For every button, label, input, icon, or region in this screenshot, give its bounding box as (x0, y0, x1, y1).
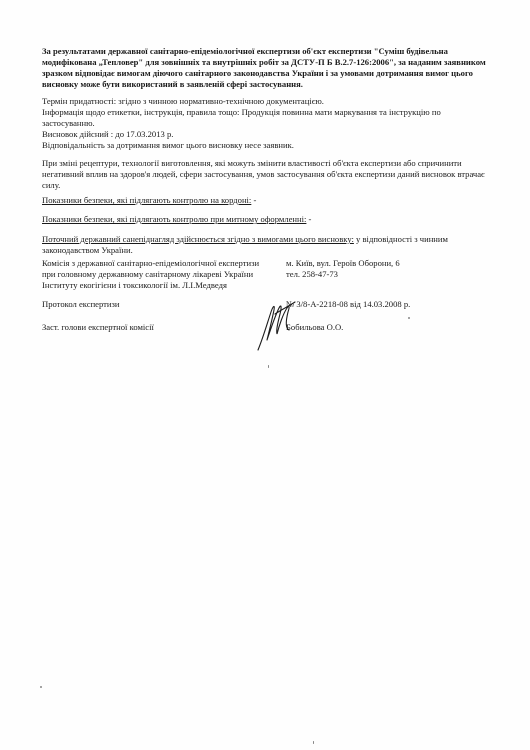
commission-phone: тел. 258-47-73 (286, 269, 496, 280)
conclusion-text: За результатами державної санітарно-епід… (42, 46, 488, 90)
border-control-line: Показники безпеки, які підлягають контро… (42, 195, 488, 206)
customs-control-line: Показники безпеки, які підлягають контро… (42, 214, 488, 225)
scan-speck (268, 365, 269, 368)
label-info-text: Інформація щодо етикетки, інструкція, пр… (42, 107, 488, 129)
commission-line-2: при головному державному санітарному лік… (42, 269, 272, 280)
scan-speck (408, 317, 410, 319)
customs-control-label: Показники безпеки, які підлягають контро… (42, 214, 306, 224)
change-clause-text: При зміні рецептури, технології виготовл… (42, 158, 488, 191)
scan-speck (40, 686, 42, 688)
signatory-title: Заст. голови експертної комісії (42, 322, 272, 333)
details-block: Термін придатності: згідно з чинною норм… (42, 96, 488, 151)
border-control-value: - (251, 195, 256, 205)
signatory-name: Бобильова О.О. (286, 322, 496, 333)
change-clause-paragraph: При зміні рецептури, технології виготовл… (42, 158, 488, 191)
document-page: За результатами державної санітарно-епід… (0, 0, 530, 750)
protocol-label: Протокол експертизи (42, 299, 272, 310)
protocol-number: № 3/8-А-2218-08 від 14.03.2008 р. (286, 299, 496, 310)
scan-speck (313, 741, 314, 744)
supervision-paragraph: Поточний державний санепіднагляд здійсню… (42, 234, 488, 256)
supervision-label: Поточний державний санепіднагляд здійсню… (42, 234, 354, 244)
customs-control-value: - (306, 214, 311, 224)
border-control-label: Показники безпеки, які підлягають контро… (42, 195, 251, 205)
commission-address: м. Київ, вул. Героїв Оборони, 6 (286, 258, 496, 269)
valid-until-text: Висновок дійсний : до 17.03.2013 р. (42, 129, 488, 140)
commission-block: Комісія з державної санітарно-епідеміоло… (42, 258, 272, 291)
handwritten-signature-icon (255, 300, 297, 352)
commission-contact-block: м. Київ, вул. Героїв Оборони, 6 тел. 258… (286, 258, 496, 280)
commission-line-1: Комісія з державної санітарно-епідеміоло… (42, 258, 272, 269)
commission-line-3: Інституту екогігієни і токсикології ім. … (42, 280, 272, 291)
shelf-life-text: Термін придатності: згідно з чинною норм… (42, 96, 488, 107)
conclusion-paragraph: За результатами державної санітарно-епід… (42, 46, 488, 90)
responsibility-text: Відповідальність за дотримання вимог цьо… (42, 140, 488, 151)
